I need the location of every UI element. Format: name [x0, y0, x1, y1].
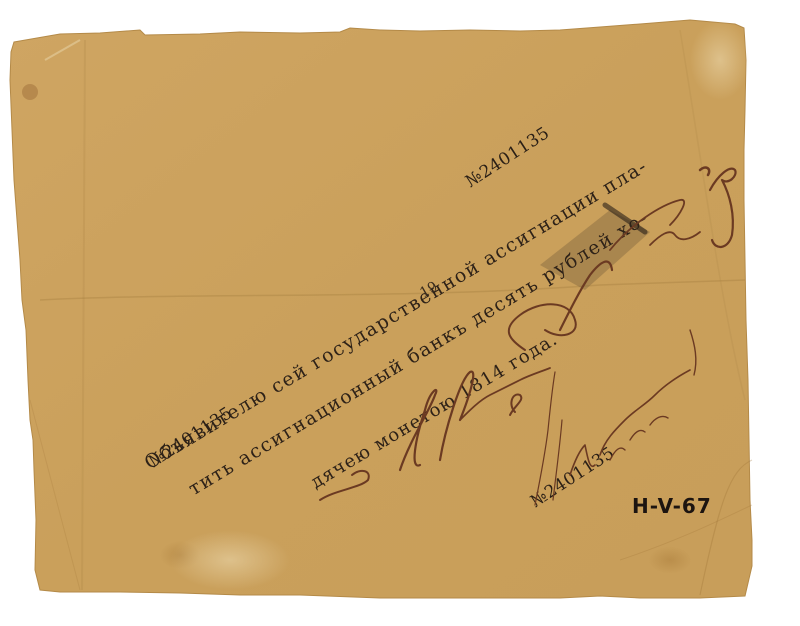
catalog-note: H-V-67 — [632, 494, 712, 518]
banknote-scan: №2401135 №2401135 №2401135 Объявителю се… — [0, 0, 800, 626]
